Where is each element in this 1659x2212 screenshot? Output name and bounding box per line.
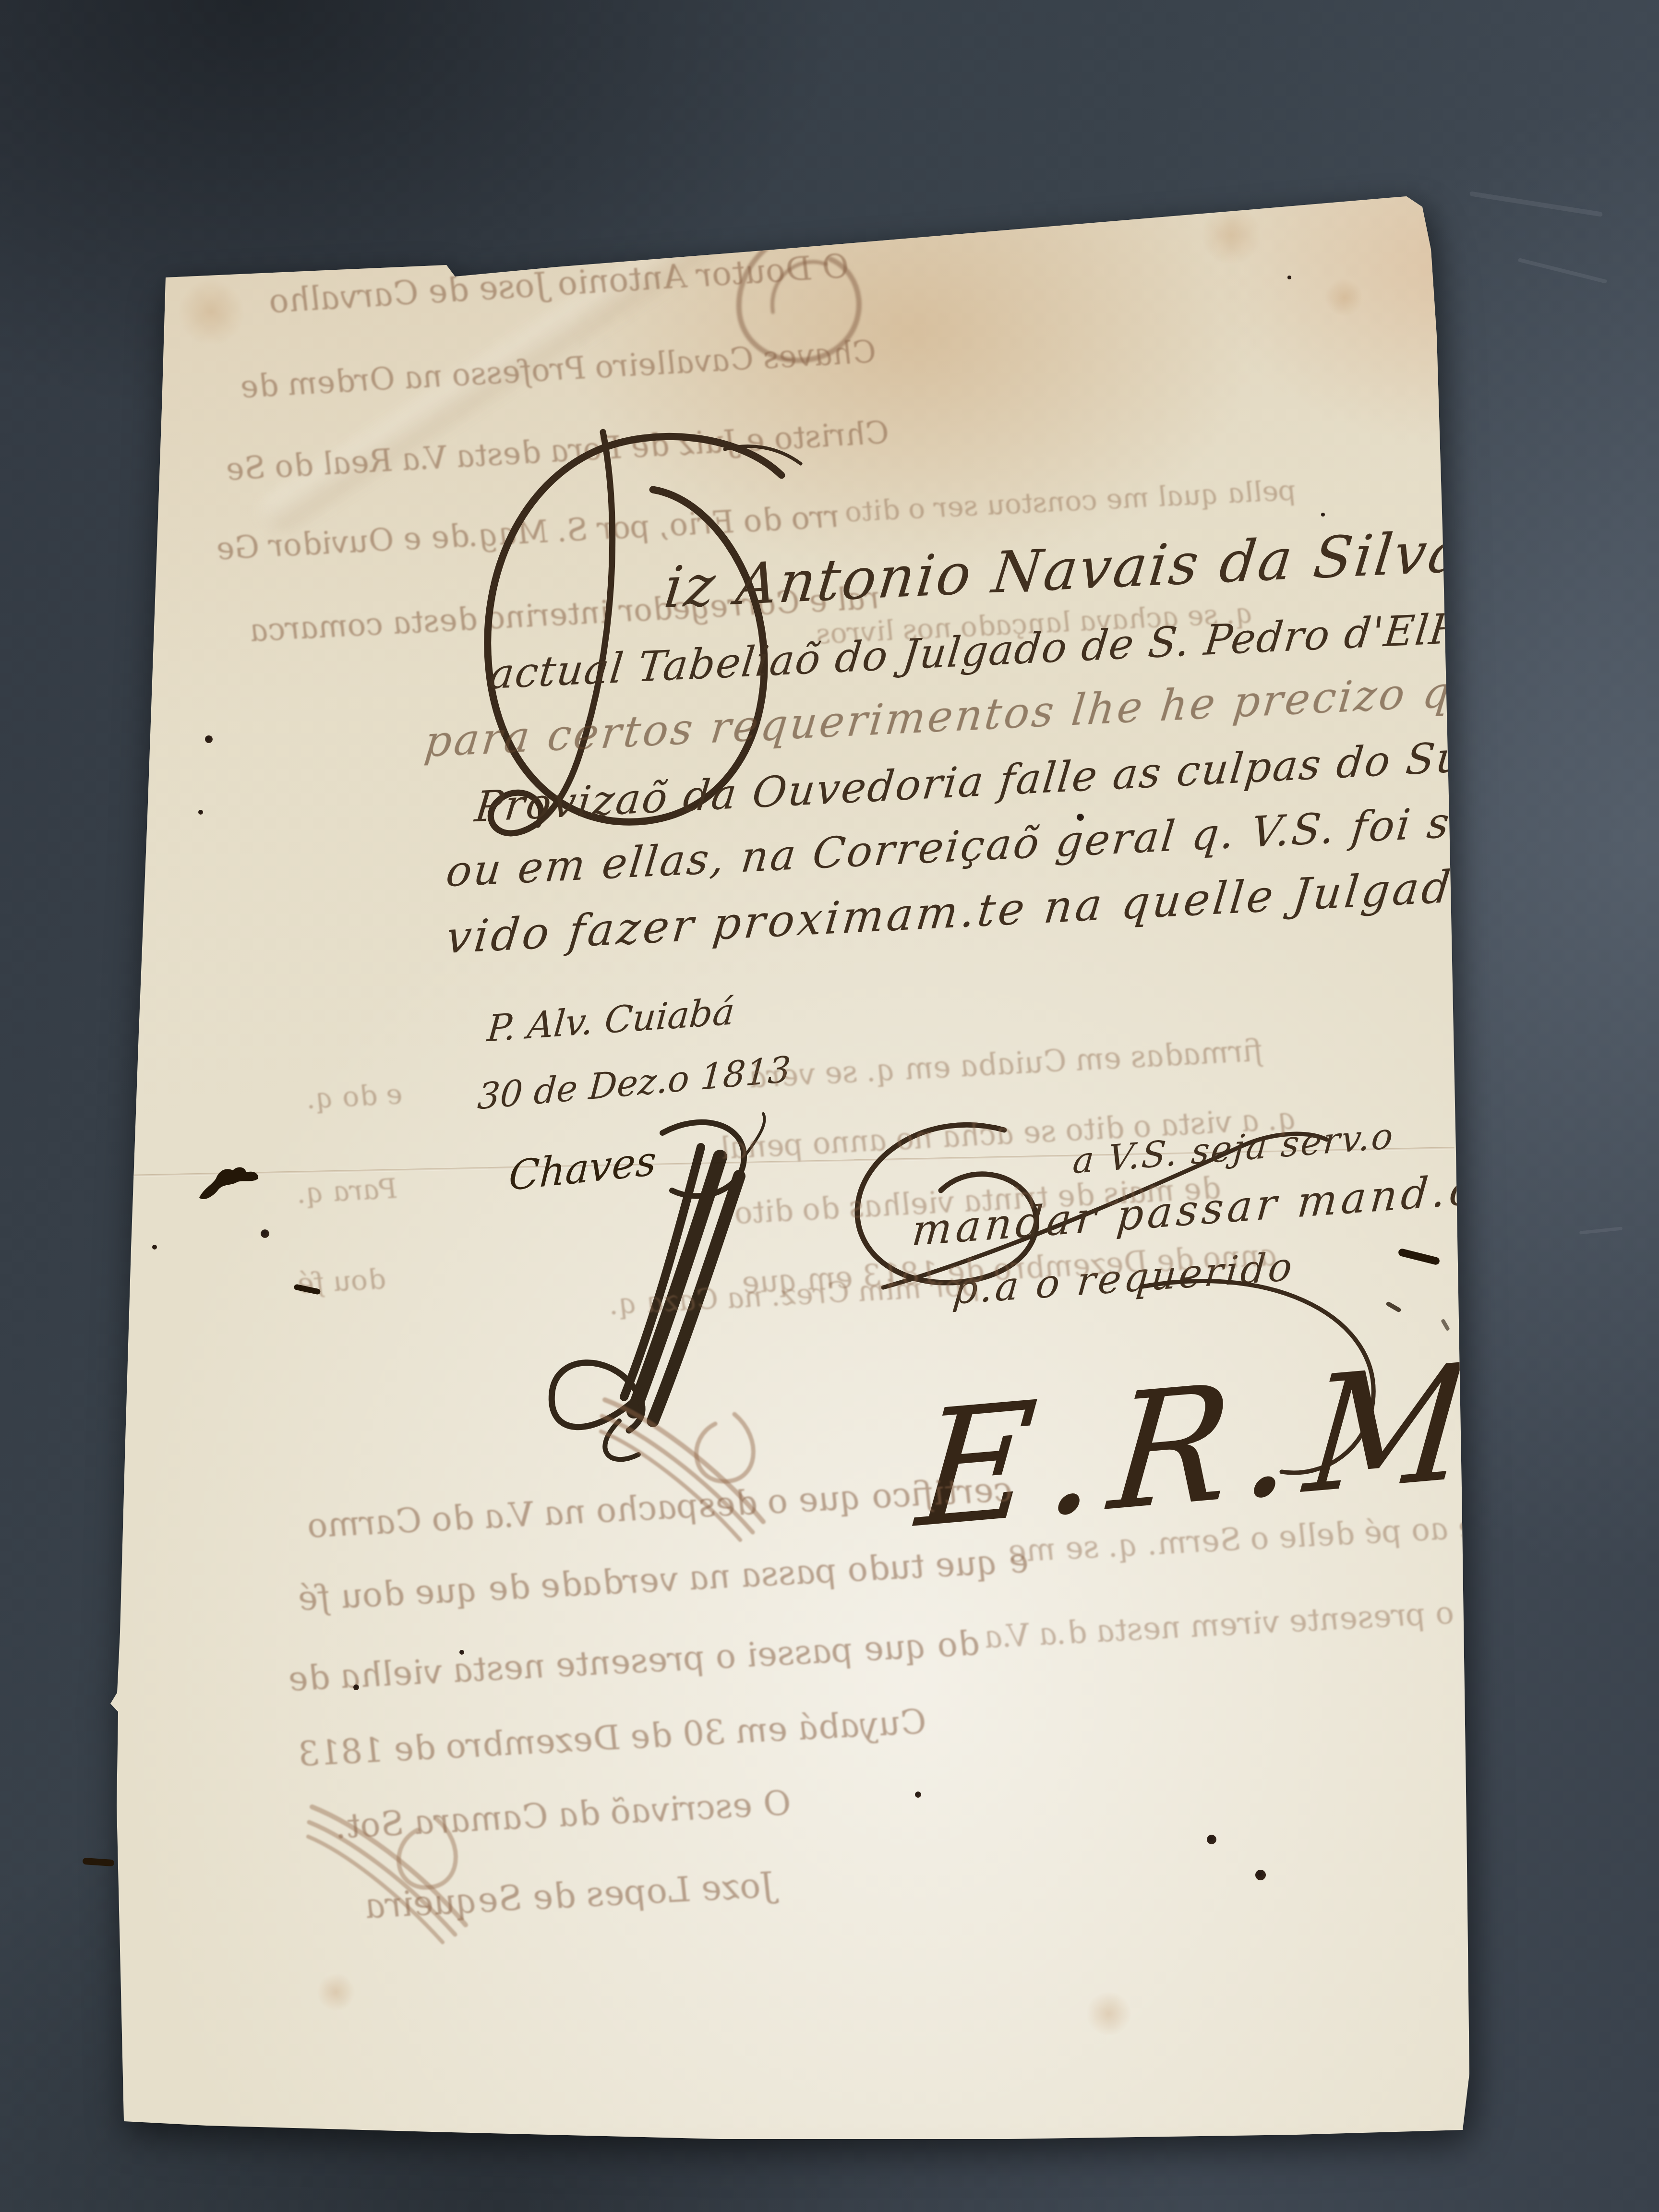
foxing-stain (1200, 206, 1262, 264)
paper-shadow-wrap: O Doutor Antonio Jose de Carvalho Chaves… (0, 0, 1659, 2212)
ink-speck (915, 1791, 921, 1798)
bleed-rubric-flourish (590, 1368, 792, 1560)
bleed-line: Cuyabá em 30 de Dezembro de 1813 (297, 1705, 927, 1771)
foxing-stain (1325, 278, 1363, 317)
ink-speck (1321, 513, 1325, 517)
bleed-rubric-flourish (298, 1776, 490, 1959)
ink-speck (451, 267, 461, 274)
ink-speck (152, 1245, 157, 1250)
despacho-line: P. Alv. Cuiabá (486, 993, 736, 1047)
ink-speck (353, 1684, 359, 1690)
foxing-stain (1085, 1992, 1133, 2035)
bleed-initial-flourish (710, 206, 874, 379)
ink-speck (459, 1650, 464, 1655)
bleed-line: firmadas em Cuiaba em q. se verá (748, 1035, 1264, 1092)
ink-speck (205, 735, 213, 743)
bleed-line: aos q. o presente virem nesta d.a V.a (983, 1592, 1557, 1653)
foxing-stain (269, 230, 312, 274)
ink-speck (198, 810, 203, 815)
ink-speck (1077, 814, 1084, 821)
foxing-stain (706, 192, 739, 226)
manuscript-paper: O Doutor Antonio Jose de Carvalho Chaves… (0, 0, 1659, 2212)
ink-speck (261, 1229, 269, 1238)
ink-blot (190, 1152, 266, 1210)
ink-speck (1287, 276, 1291, 279)
foxing-stain (178, 278, 245, 346)
ink-speck (1255, 1870, 1266, 1880)
bleed-line: pella qual me constou ser o dito (844, 476, 1298, 526)
photo-stage: O Doutor Antonio Jose de Carvalho Chaves… (0, 0, 1659, 2212)
ink-speck (1207, 1835, 1216, 1844)
bleed-fragment: e do q. (306, 1080, 404, 1113)
ink-dash (1441, 1319, 1450, 1332)
ink-dash (1397, 1248, 1440, 1266)
bleed-line: do que passei o presente nesta vielha de (287, 1626, 981, 1696)
foxing-stain (317, 1973, 355, 2011)
bleed-fragment: Para q. (297, 1174, 398, 1207)
